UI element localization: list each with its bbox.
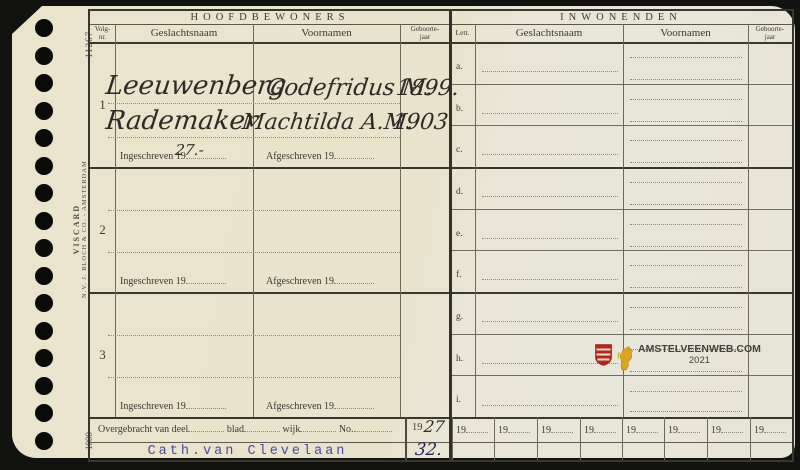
punch-hole: [35, 322, 53, 340]
footer-col-line: [622, 417, 623, 460]
punch-hole: [35, 157, 53, 175]
punch-hole: [35, 47, 53, 65]
year-cell: 19: [584, 422, 616, 436]
afgeschreven-label-3: Afgeschreven 19: [266, 398, 374, 412]
punch-hole: [35, 102, 53, 120]
col-line: [475, 24, 476, 417]
col-header-geboortejaar-right: Geboorte- jaar: [748, 25, 792, 41]
punch-hole: [35, 349, 53, 367]
brand-viscard: VISCARD: [72, 160, 81, 298]
transfer-year-written: 27: [423, 419, 445, 435]
writing-line: [108, 11, 400, 378]
year-cell: 19: [626, 422, 658, 436]
col-header-lett: Lett.: [450, 24, 475, 42]
year-cell: 19: [668, 422, 700, 436]
footer-col-line: [750, 417, 751, 460]
footer-col-line: [452, 417, 453, 460]
row-letter: e.: [456, 229, 463, 239]
brand-company: N.V. J. BLOCH & CO. - AMSTERDAM: [81, 160, 88, 298]
entry-birthyear-1: 1899.: [395, 78, 461, 100]
footer-col-line: [707, 417, 708, 460]
footer-col-line: [494, 417, 495, 460]
register-table: HOOFDBEWONERS INWONENDEN Volg- nr. Gesla…: [88, 9, 794, 462]
row-letter: d.: [456, 187, 463, 197]
footer-col-line: [405, 417, 407, 460]
street-name-stamp: Cath.van Clevelaan: [90, 444, 405, 459]
transfer-year-printed: 19: [412, 422, 423, 433]
year-cell: 19: [541, 422, 573, 436]
punch-hole: [35, 404, 53, 422]
punch-hole: [35, 267, 53, 285]
transfer-line: Overgebracht van deel blad wijk No.: [98, 421, 392, 435]
row-letter: i.: [456, 395, 461, 405]
punch-hole: [35, 19, 53, 37]
footer-col-line: [537, 417, 538, 460]
punch-hole: [35, 432, 53, 450]
watermark-year: 2021: [638, 355, 761, 366]
row-letter: g.: [456, 312, 463, 322]
house-number: 32.: [414, 442, 443, 459]
punch-hole: [35, 239, 53, 257]
year-cell: 19: [498, 422, 530, 436]
footer-col-line: [664, 417, 665, 460]
ingeschreven-label-3: Ingeschreven 19: [120, 398, 226, 412]
punch-hole: [35, 74, 53, 92]
punch-hole: [35, 294, 53, 312]
footer-col-line: [580, 417, 581, 460]
year-cell: 19: [754, 422, 786, 436]
amstelveen-shield-icon: [595, 344, 612, 366]
year-cell: 19: [456, 422, 488, 436]
register-card: 11267 VISCARD N.V. J. BLOCH & CO. - AMST…: [12, 6, 795, 458]
year-cell: 19: [711, 422, 743, 436]
col-header-geboortejaar-left: Geboorte- jaar: [400, 25, 450, 41]
punch-hole: [35, 184, 53, 202]
amstelveenweb-watermark: AMSTELVEENWEB.COM 2021: [595, 344, 761, 371]
lion-icon: [615, 344, 635, 371]
scanned-register-card-page: 11267 VISCARD N.V. J. BLOCH & CO. - AMST…: [0, 0, 800, 470]
row-letter: b.: [456, 104, 463, 114]
row-letter: c.: [456, 145, 463, 155]
punch-hole: [35, 212, 53, 230]
row-letter: a.: [456, 62, 463, 72]
punch-hole: [35, 129, 53, 147]
watermark-site: AMSTELVEENWEB.COM: [638, 344, 761, 355]
row-letter: h.: [456, 354, 463, 364]
row-letter: f.: [456, 270, 462, 280]
punch-hole: [35, 377, 53, 395]
